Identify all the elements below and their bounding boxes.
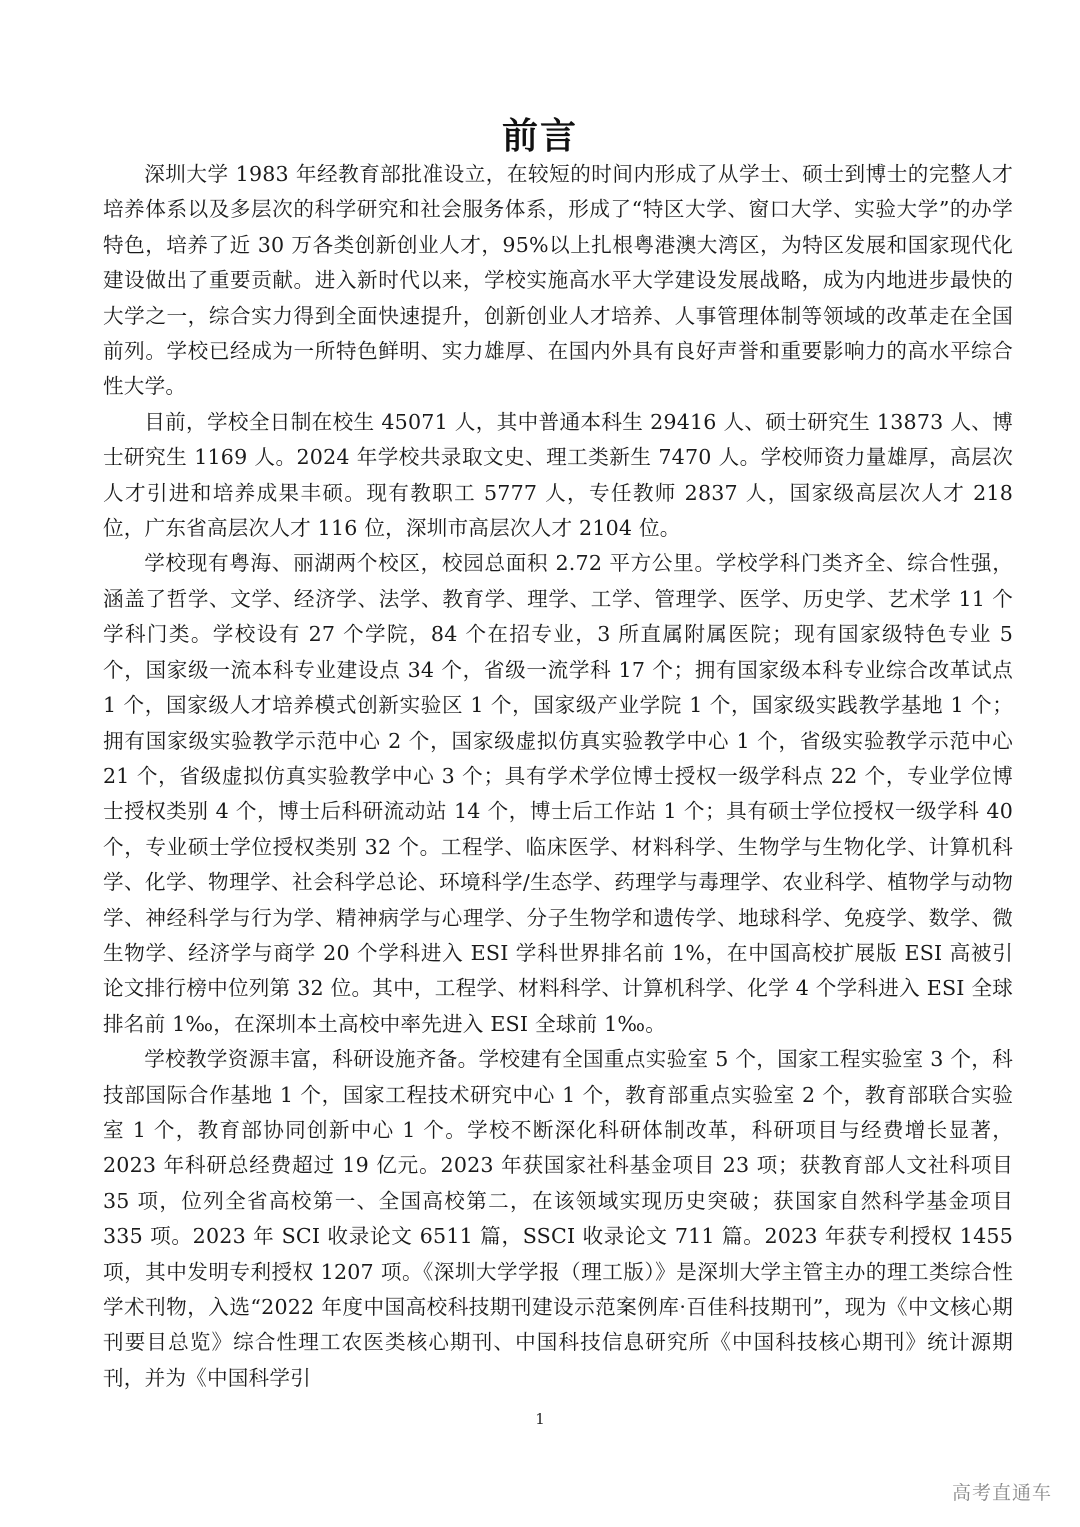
paragraph-research: 学校教学资源丰富，科研设施齐备。学校建有全国重点实验室 5 个，国家工程实验室 … [103,1042,1013,1396]
paragraph-campus-disciplines: 学校现有粤海、丽湖两个校区，校园总面积 2.72 平方公里。学校学科门类齐全、综… [103,546,1013,1042]
page-title: 前言 [0,108,1080,159]
paragraph-intro: 深圳大学 1983 年经教育部批准设立，在较短的时间内形成了从学士、硕士到博士的… [103,157,1013,405]
document-page: 前言 深圳大学 1983 年经教育部批准设立，在较短的时间内形成了从学士、硕士到… [0,0,1080,1527]
document-body: 深圳大学 1983 年经教育部批准设立，在较短的时间内形成了从学士、硕士到博士的… [103,157,1013,1396]
paragraph-students-faculty: 目前，学校全日制在校生 45071 人，其中普通本科生 29416 人、硕士研究… [103,405,1013,547]
watermark: 高考直通车 [952,1478,1052,1505]
page-number: 1 [0,1410,1080,1428]
